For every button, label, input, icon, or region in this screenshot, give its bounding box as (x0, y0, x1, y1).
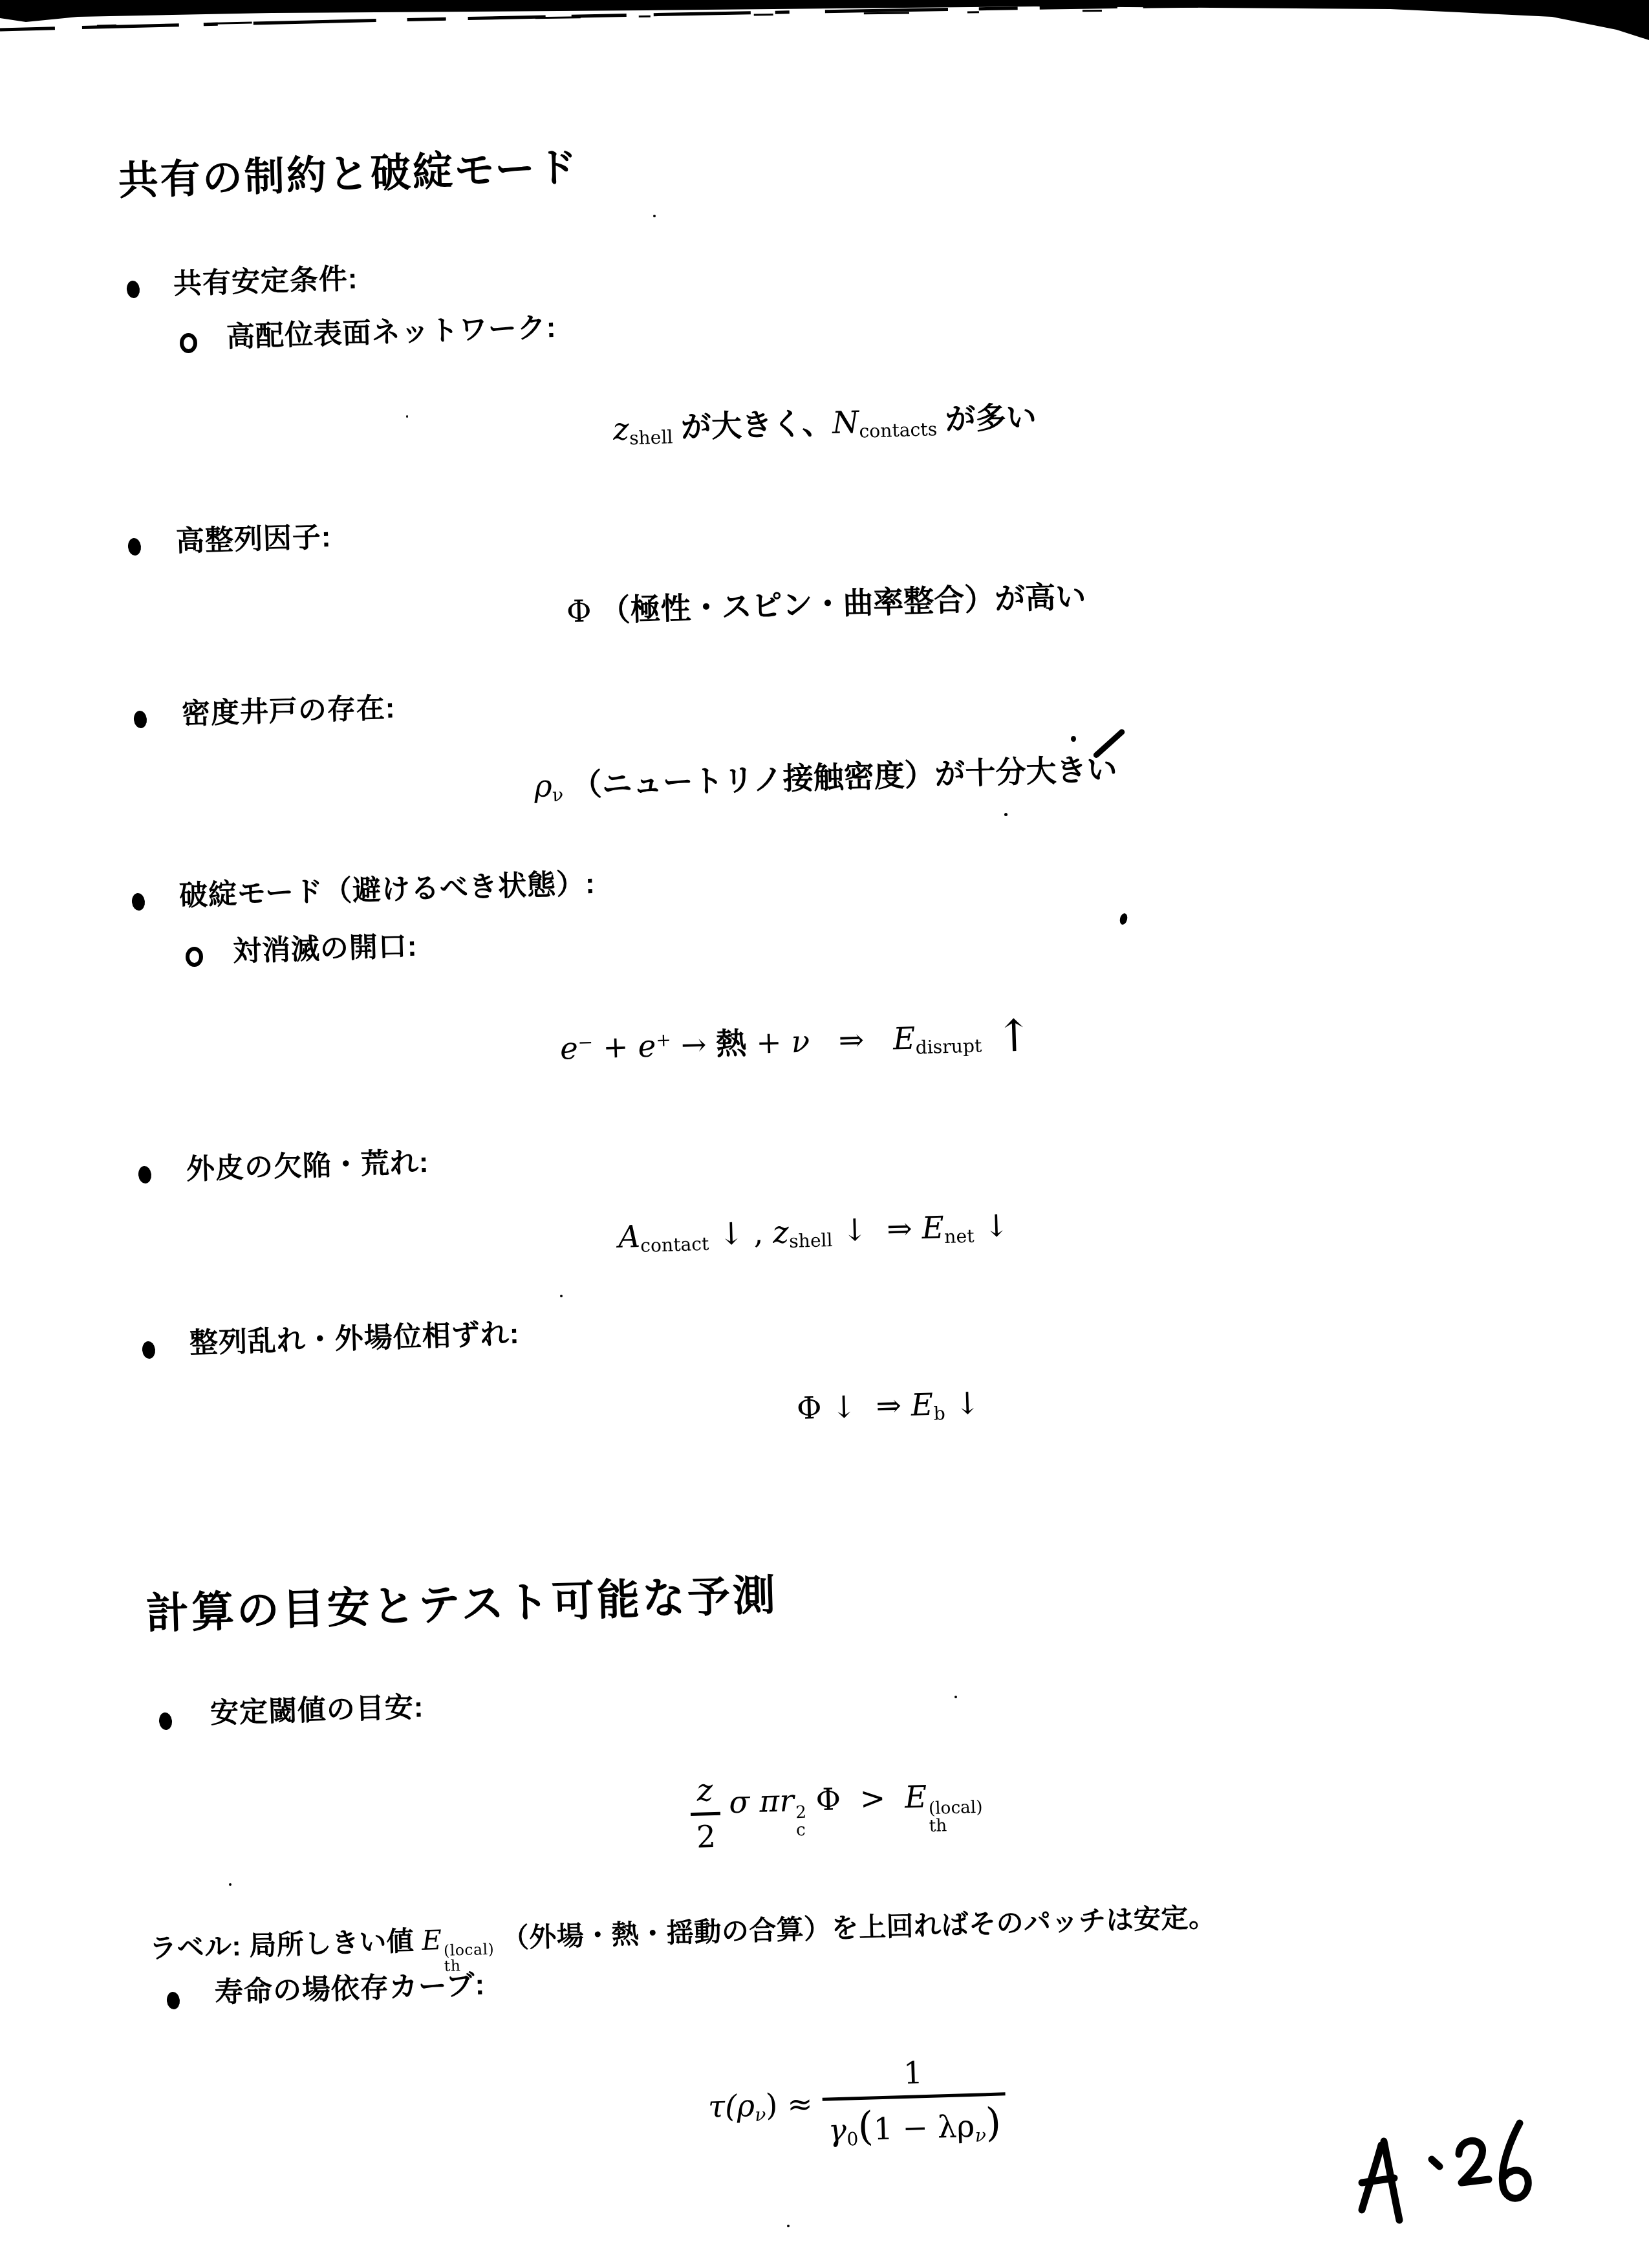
bullet-skin-defects: 外皮の欠陥・荒れ: (186, 1149, 429, 1184)
fraction-denominator: 2 (691, 1819, 722, 1855)
label-text-end: （外場・熱・揺動の合算）を上回ればそのパッチは安定。 (493, 1902, 1216, 1954)
handwritten-page-number (1326, 2105, 1552, 2234)
ink-speck (1071, 736, 1076, 742)
bullet-misalignment: 整列乱れ・外場位相ずれ: (189, 1320, 520, 1358)
handwritten-stroke (1502, 2123, 1528, 2198)
ink-speck (560, 1295, 563, 1297)
scanned-document-page: 共有の制約と破綻モード 共有安定条件: 高配位表面ネットワーク: zshell … (0, 0, 1649, 2268)
fraction-numerator: z (691, 1773, 718, 1809)
scan-artifact-top-band (0, 0, 1649, 91)
fraction-bar (691, 1812, 720, 1816)
e-threshold-symbol: E(local)th (422, 1923, 495, 1956)
fraction-lifetime: 1 γ0(1 − λρν) (821, 2053, 1008, 2150)
fraction-numerator: 1 (898, 2055, 929, 2091)
bullet-dot (133, 710, 148, 729)
handwritten-stroke (1459, 2141, 1489, 2183)
ink-speck (229, 1883, 232, 1886)
threshold-expression: σ πr2c Φ > E(local)th (729, 1778, 984, 1841)
label-text-start: ラベル: 局所しきい値 (149, 1925, 422, 1963)
bullet-dot (131, 892, 146, 911)
lifetime-lhs: τ(ρν) ≈ (707, 2086, 823, 2126)
bullet-circle (186, 947, 203, 967)
ink-speck (1004, 813, 1008, 816)
formula-phi-decrease: Φ ↓ ⇒ Eb ↓ (796, 1388, 980, 1427)
bullet-alignment-factor: 高整列因子: (175, 523, 332, 556)
handwritten-stroke (1432, 2159, 1439, 2166)
bullet-lifetime-curve: 寿命の場依存カーブ: (214, 1971, 486, 2007)
bullet-dot (142, 1341, 156, 1359)
bullet-annihilation-opening: 対消滅の開口: (232, 933, 418, 966)
bullet-dot (138, 1165, 153, 1184)
bullet-stability-threshold: 安定閾値の目安: (210, 1693, 424, 1728)
formula-lifetime-curve: τ(ρν) ≈ 1 γ0(1 − λρν) (707, 2053, 1016, 2154)
fraction-z-over-2: z 2 (689, 1773, 722, 1855)
formula-phi-alignment: Φ （極性・スピン・曲率整合）が高い (566, 581, 1086, 627)
bullet-stability-conditions: 共有安定条件: (173, 265, 358, 299)
formula-shell-contacts: zshell が大きく、Ncontacts が多い (612, 402, 1037, 449)
formula-annihilation-reaction: e− + e+ → 熱 + ν ⇒ Edisrupt ↑ (559, 1014, 1033, 1072)
section-heading-sharing-constraints: 共有の制約と破綻モード (118, 148, 579, 202)
bullet-dot (126, 280, 141, 299)
bullet-circle (180, 333, 197, 353)
bullet-dot (158, 1712, 173, 1731)
ink-speck (406, 415, 408, 418)
bullet-surface-network: 高配位表面ネットワーク: (226, 314, 557, 352)
bullet-dot (127, 537, 142, 556)
formula-contact-decrease: Acontact ↓ , zshell ↓ ⇒ Enet ↓ (618, 1211, 1009, 1256)
formula-neutrino-density: ρν （ニュートリノ接触密度）が十分大きい (533, 753, 1117, 805)
formula-stability-threshold: z 2 σ πr2c Φ > E(local)th (689, 1765, 984, 1855)
fraction-denominator: γ0(1 − λρν) (823, 2099, 1007, 2150)
ink-speck (653, 215, 656, 217)
bullet-density-well: 密度井戸の存在: (181, 694, 396, 729)
section-heading-calculation-predictions: 計算の目安とテスト可能な予測 (145, 1573, 779, 1635)
ink-speck (787, 2225, 790, 2227)
ink-blob-mark (1119, 913, 1128, 925)
ink-speck (954, 1696, 957, 1698)
handwritten-stroke (1362, 2178, 1394, 2183)
bullet-failure-modes: 破綻モード（避けるべき状態）: (178, 870, 596, 911)
